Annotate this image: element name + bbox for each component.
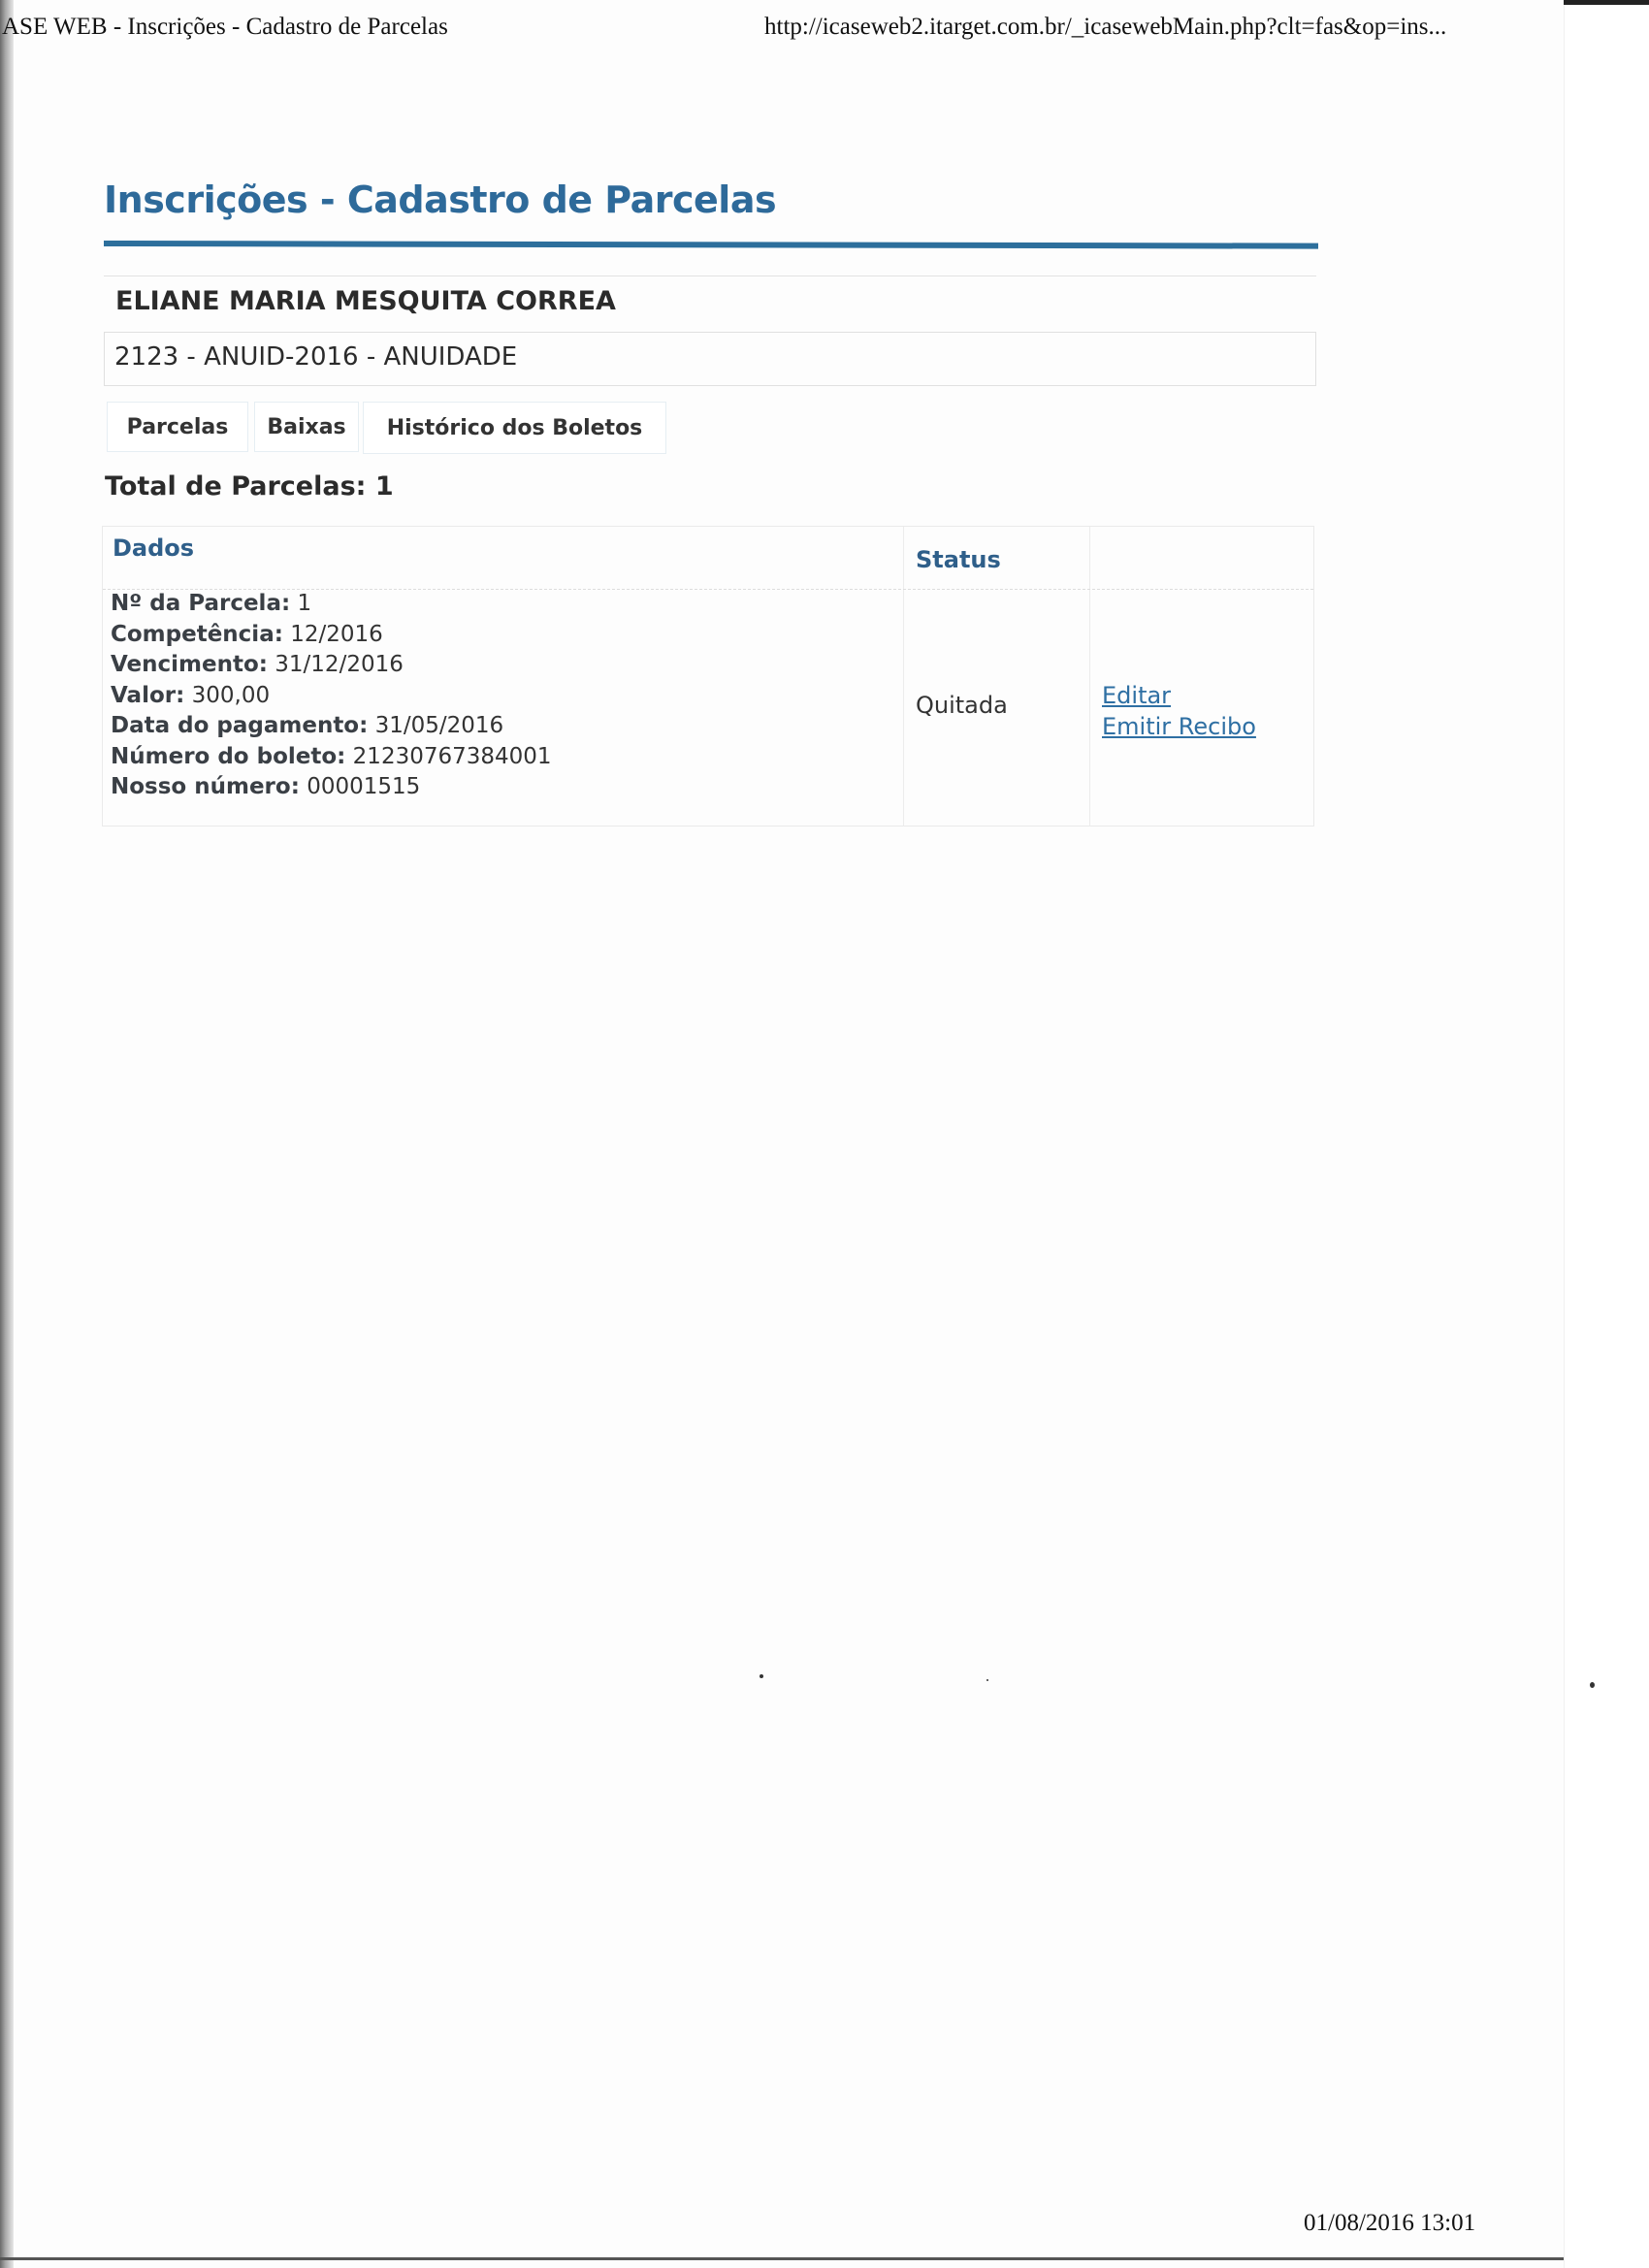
row-actions: Editar Emitir Recibo <box>1102 680 1256 742</box>
person-name: ELIANE MARIA MESQUITA CORREA <box>115 286 616 316</box>
inscription-box: 2123 - ANUID-2016 - ANUIDADE <box>104 332 1316 386</box>
print-header-url: http://icaseweb2.itarget.com.br/_icasewe… <box>764 14 1446 41</box>
column-divider <box>903 527 904 826</box>
field-data-pagamento: Data do pagamento: 31/05/2016 <box>111 711 552 742</box>
scan-right-margin <box>1564 0 1649 2268</box>
page-title: Inscrições - Cadastro de Parcelas <box>104 178 776 221</box>
editar-link[interactable]: Editar <box>1102 680 1256 711</box>
tab-historico-boletos[interactable]: Histórico dos Boletos <box>363 402 666 454</box>
emitir-recibo-link[interactable]: Emitir Recibo <box>1102 711 1256 742</box>
scan-speck <box>1590 1682 1595 1688</box>
column-header-status: Status <box>916 546 1001 573</box>
scan-top-bar <box>1564 0 1649 5</box>
scan-speck <box>760 1674 763 1678</box>
print-footer-timestamp: 01/08/2016 13:01 <box>1304 2210 1475 2237</box>
print-header-title: ASE WEB - Inscrições - Cadastro de Parce… <box>2 14 448 41</box>
parcelas-table: Dados Status Nº da Parcela: 1 Competênci… <box>102 526 1314 826</box>
scan-left-edge <box>0 0 14 2268</box>
scan-speck <box>986 1679 988 1681</box>
title-divider <box>104 241 1318 249</box>
total-parcelas: Total de Parcelas: 1 <box>105 471 394 502</box>
field-numero-parcela: Nº da Parcela: 1 <box>111 589 552 620</box>
tab-parcelas[interactable]: Parcelas <box>107 402 248 452</box>
field-numero-boleto: Número do boleto: 21230767384001 <box>111 742 552 773</box>
field-nosso-numero: Nosso número: 00001515 <box>111 772 552 803</box>
table-row: Nº da Parcela: 1 Competência: 12/2016 Ve… <box>111 589 552 803</box>
column-divider <box>1089 527 1090 826</box>
person-name-box: ELIANE MARIA MESQUITA CORREA <box>104 275 1316 332</box>
tab-baixas[interactable]: Baixas <box>254 402 359 452</box>
field-vencimento: Vencimento: 31/12/2016 <box>111 650 552 681</box>
inscription-text: 2123 - ANUID-2016 - ANUIDADE <box>114 342 517 372</box>
scan-bottom-edge <box>0 2257 1564 2260</box>
field-valor: Valor: 300,00 <box>111 681 552 712</box>
field-competencia: Competência: 12/2016 <box>111 620 552 651</box>
column-header-dados: Dados <box>113 535 194 562</box>
status-value: Quitada <box>916 692 1008 719</box>
